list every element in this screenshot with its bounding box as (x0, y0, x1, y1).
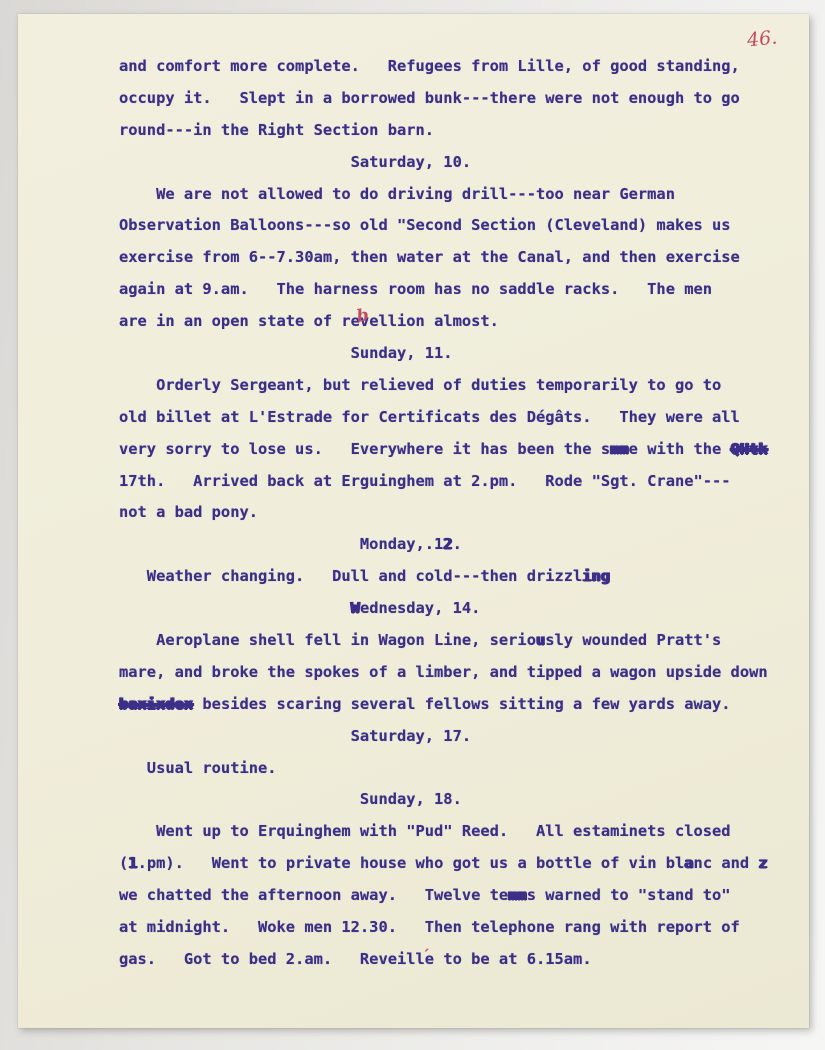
text-line: Weather changing. Dull and cold---then d… (119, 561, 768, 593)
text-line: we chatted the afternoon away. Twelve te… (119, 880, 768, 912)
text-line: very sorry to lose us. Everywhere it has… (119, 434, 768, 466)
date-heading: Monday,.12. (119, 529, 768, 561)
text-line: Aeroplane shell fell in Wagon Line, seri… (119, 625, 768, 657)
text-line: at midnight. Woke men 12.30. Then teleph… (119, 912, 768, 944)
overtyped-chars: z (758, 854, 767, 872)
text-segment: Went up to Erquinghem with "Pud" Reed. A… (119, 822, 731, 840)
date-heading: Sunday, 18. (119, 784, 768, 816)
overstruck-word: QHtk (731, 440, 768, 458)
text-line: baxixdex besides scaring several fellows… (119, 689, 768, 721)
date-heading: Sunday, 11. (119, 338, 768, 370)
text-segment: and comfort more complete. Refugees from… (119, 57, 740, 75)
text-segment: are in an open state of re (119, 312, 360, 330)
overtyped-chars: u (536, 631, 545, 649)
text-line: again at 9.am. The harness room has no s… (119, 274, 768, 306)
text-line: not a bad pony. (119, 497, 768, 529)
text-line: old billet at L'Estrade for Certificats … (119, 402, 768, 434)
text-segment: Weather changing. Dull and cold---then d… (119, 567, 582, 585)
text-segment: Observation Balloons---so old "Second Se… (119, 216, 731, 234)
overtyped-chars: a (684, 854, 693, 872)
date-heading: Saturday, 17. (119, 721, 768, 753)
overtyped-chars: mm (508, 886, 527, 904)
text-line: round---in the Right Section barn. (119, 115, 768, 147)
text-segment: Orderly Sergeant, but relieved of duties… (119, 376, 721, 394)
text-line: mare, and broke the spokes of a limber, … (119, 657, 768, 689)
handwritten-page-number: 46. (746, 26, 778, 51)
text-segment: to be at 6.15am. (434, 950, 592, 968)
text-segment: 17th. Arrived back at Erguinghem at 2.pm… (119, 472, 731, 490)
text-segment: Sunday, 18. (119, 790, 462, 808)
text-line: Usual routine. (119, 753, 768, 785)
text-segment (119, 599, 351, 617)
text-segment: nc and (694, 854, 759, 872)
typed-text: and comfort more complete. Refugees from… (119, 51, 768, 976)
overtyped-chars: 2 (443, 535, 452, 553)
text-line: occupy it. Slept in a borrowed bunk---th… (119, 83, 768, 115)
date-heading: Wednesday, 14. (119, 593, 768, 625)
text-segment: again at 9.am. The harness room has no s… (119, 280, 712, 298)
text-segment: sly wounded Pratt's (545, 631, 721, 649)
text-segment: at midnight. Woke men 12.30. Then teleph… (119, 918, 740, 936)
text-segment: very sorry to lose us. Everywhere it has… (119, 440, 610, 458)
text-segment: besides scaring several fellows sitting … (193, 695, 730, 713)
text-segment: e with the (629, 440, 731, 458)
text-segment: we chatted the afternoon away. Twelve te (119, 886, 508, 904)
text-segment: exercise from 6--7.30am, then water at t… (119, 248, 740, 266)
text-segment: ednesday, 14. (360, 599, 480, 617)
text-segment: We are not allowed to do driving drill--… (119, 185, 675, 203)
text-line: We are not allowed to do driving drill--… (119, 179, 768, 211)
text-line: (1.pm). Went to private house who got us… (119, 848, 768, 880)
text-segment: Monday,.1 (119, 535, 443, 553)
text-line: are in an open state of revbellion almos… (119, 306, 768, 338)
text-segment: not a bad pony. (119, 503, 258, 521)
text-segment: .pm). Went to private house who got us a… (138, 854, 685, 872)
text-segment: Usual routine. (119, 759, 277, 777)
overstruck-word: baxixdex (119, 695, 193, 713)
overtyped-chars: ing (582, 567, 610, 585)
text-line: exercise from 6--7.30am, then water at t… (119, 242, 768, 274)
text-segment: mare, and broke the spokes of a limber, … (119, 663, 768, 681)
text-segment: round---in the Right Section barn. (119, 121, 434, 139)
text-segment: ( (119, 854, 128, 872)
text-line: 17th. Arrived back at Erguinghem at 2.pm… (119, 466, 768, 498)
text-segment: s warned to "stand to" (527, 886, 731, 904)
overtyped-chars: W (351, 599, 360, 617)
date-heading: Saturday, 10. (119, 147, 768, 179)
text-segment: . (453, 535, 462, 553)
text-segment: gas. Got to bed 2.am. Reveill (119, 950, 425, 968)
text-segment: Sunday, 11. (119, 344, 453, 362)
text-segment: old billet at L'Estrade for Certificats … (119, 408, 740, 426)
text-segment: occupy it. Slept in a borrowed bunk---th… (119, 89, 740, 107)
text-segment: ellion almost. (369, 312, 499, 330)
text-line: Went up to Erquinghem with "Pud" Reed. A… (119, 816, 768, 848)
diary-page: 46. and comfort more complete. Refugees … (18, 14, 809, 1028)
text-line: and comfort more complete. Refugees from… (119, 51, 768, 83)
text-segment: Saturday, 10. (119, 153, 471, 171)
overtyped-chars: 1 (128, 854, 137, 872)
text-line: gas. Got to bed 2.am. Reveille´ to be at… (119, 944, 768, 976)
text-line: Observation Balloons---so old "Second Se… (119, 210, 768, 242)
text-segment: Saturday, 17. (119, 727, 471, 745)
overtyped-chars: mm (610, 440, 629, 458)
text-segment: Aeroplane shell fell in Wagon Line, seri… (119, 631, 536, 649)
text-line: Orderly Sergeant, but relieved of duties… (119, 370, 768, 402)
